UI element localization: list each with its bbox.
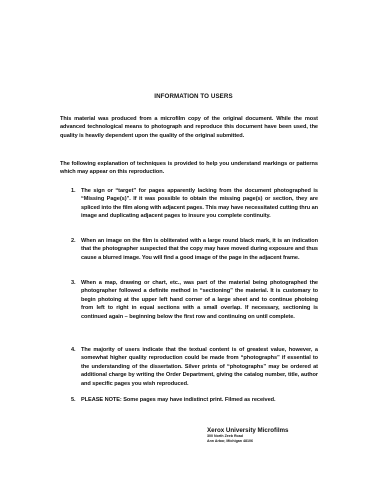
publisher-address-line2: Ann Arbor, Michigan 48106 — [207, 439, 289, 444]
list-item: 4. The majority of users indicate that t… — [81, 346, 318, 388]
list-item: 2. When an image on the film is oblitera… — [81, 237, 318, 262]
list-item-number: 4. — [71, 346, 76, 354]
explanation-paragraph: The following explanation of techniques … — [60, 160, 318, 177]
list-item: 5. PLEASE NOTE: Some pages may have indi… — [81, 396, 318, 404]
list-item-text: The sign or “target” for pages apparentl… — [81, 188, 318, 219]
list-item-text: The majority of users indicate that the … — [81, 347, 318, 387]
list-item-number: 2. — [71, 237, 76, 245]
list-item-number: 1. — [71, 187, 76, 195]
list-item-text: When a map, drawing or chart, etc., was … — [81, 280, 318, 320]
list-item-text: When an image on the film is obliterated… — [81, 238, 318, 261]
publisher-signature: Xerox University Microfilms 300 North Ze… — [207, 427, 289, 443]
publisher-name: Xerox University Microfilms — [207, 427, 289, 434]
list-item-number: 3. — [71, 279, 76, 287]
list-item-text: PLEASE NOTE: Some pages may have indisti… — [81, 397, 276, 403]
intro-paragraph: This material was produced from a microf… — [60, 115, 318, 140]
list-item: 1. The sign or “target” for pages appare… — [81, 187, 318, 221]
page-title: INFORMATION TO USERS — [0, 93, 387, 100]
list-item-number: 5. — [71, 396, 76, 404]
list-item: 3. When a map, drawing or chart, etc., w… — [81, 279, 318, 321]
